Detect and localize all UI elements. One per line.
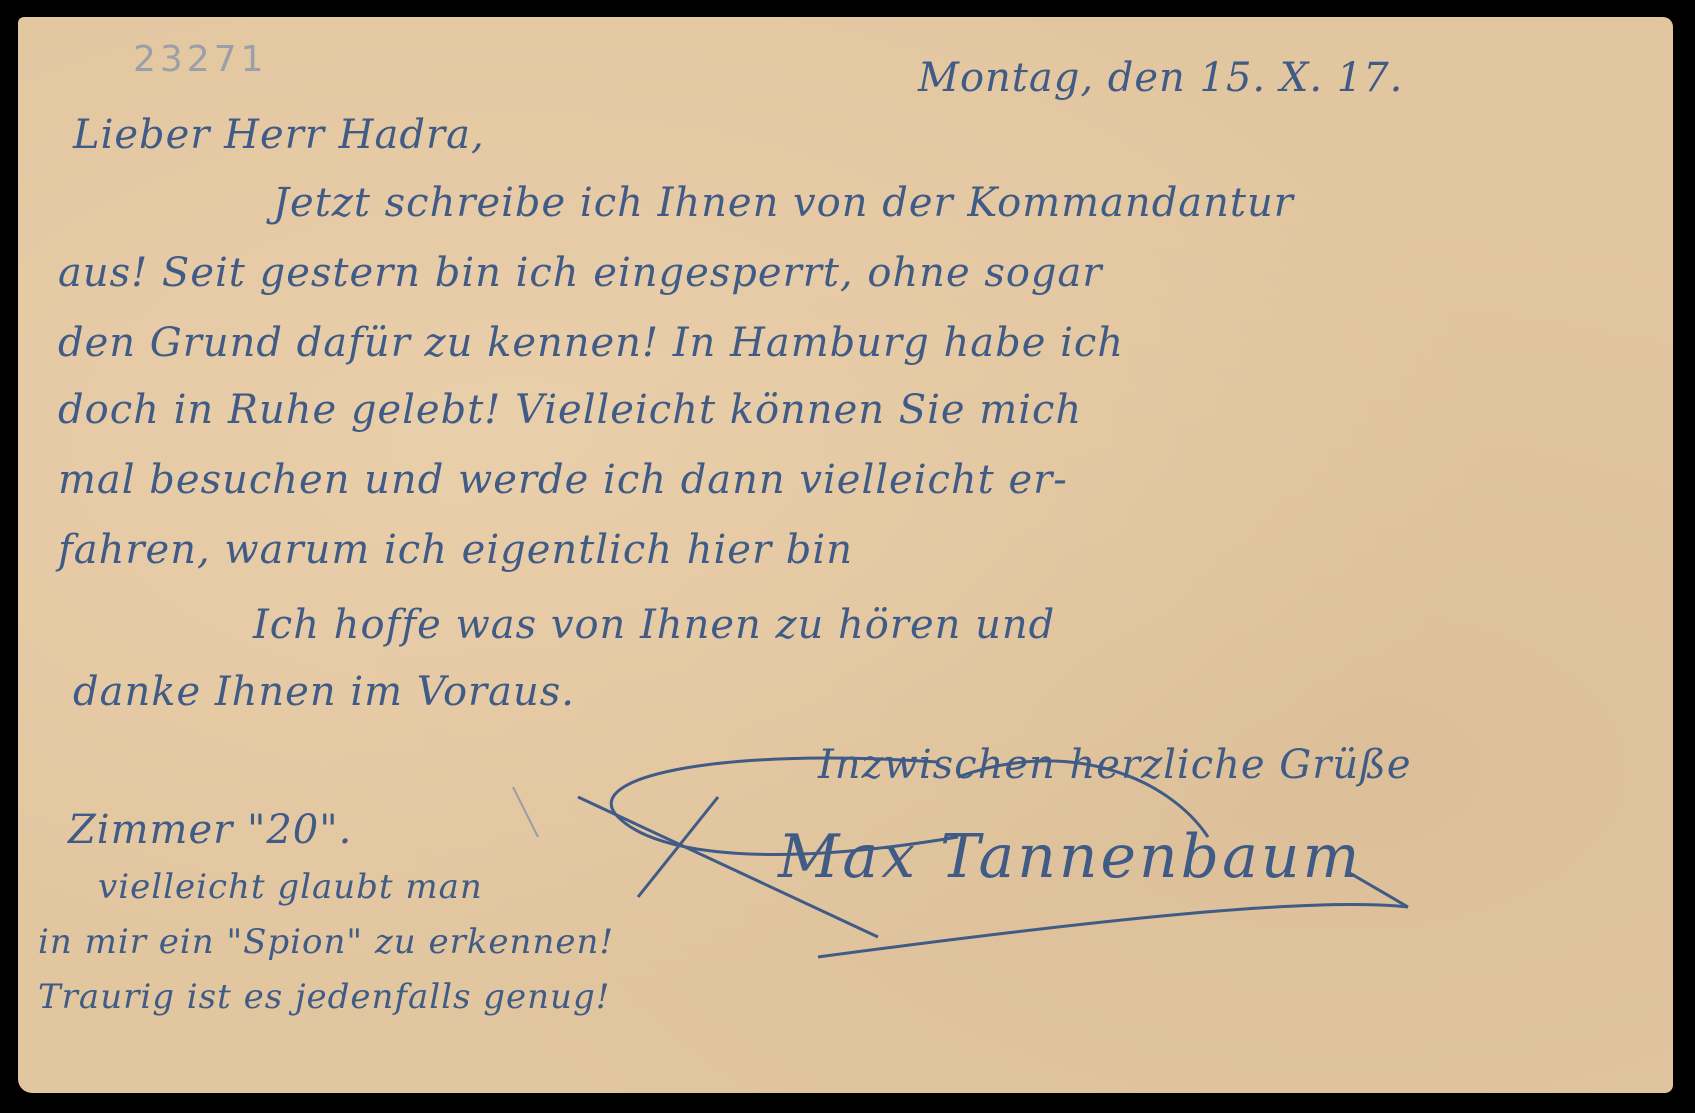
signature-flourish <box>18 17 1673 1093</box>
postcard: 23271 Montag, den 15. X. 17. Lieber Herr… <box>18 17 1673 1093</box>
